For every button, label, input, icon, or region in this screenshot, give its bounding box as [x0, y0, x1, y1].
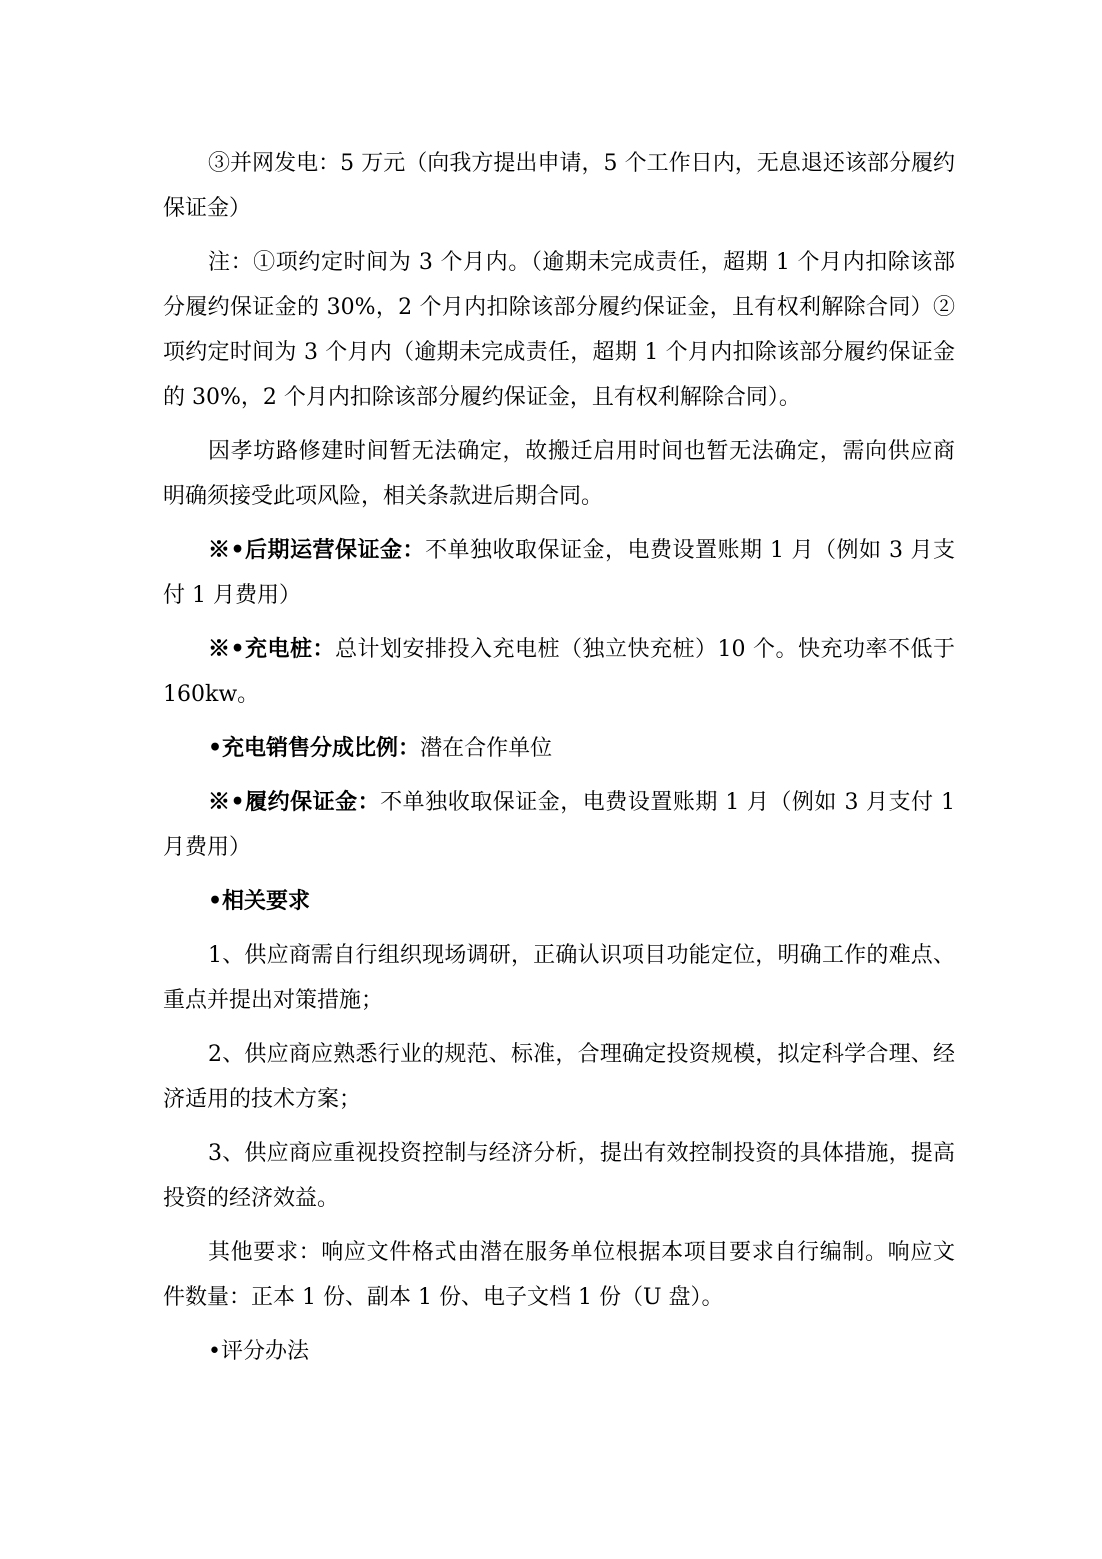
- para-charging-piles: ※•充电桩：总计划安排投入充电桩（独立快充桩）10 个。快充功率不低于 160k…: [163, 627, 955, 717]
- para-text: 其他要求：响应文件格式由潜在服务单位根据本项目要求自行编制。响应文件数量：正本 …: [163, 1240, 955, 1310]
- para-label: ※•充电桩：: [208, 636, 335, 662]
- para-text: ③并网发电：5 万元（向我方提出申请，5 个工作日内，无息退还该部分履约保证金）: [163, 151, 955, 221]
- para-text: •评分办法: [208, 1339, 309, 1364]
- para-label: ※•履约保证金：: [208, 789, 380, 815]
- para-performance-deposit: ※•履约保证金：不单独收取保证金，电费设置账期 1 月（例如 3 月支付 1 月…: [163, 780, 955, 870]
- para-text: 3、供应商应重视投资控制与经济分析，提出有效控制投资的具体措施，提高投资的经济效…: [163, 1141, 955, 1211]
- para-operation-deposit: ※•后期运营保证金：不单独收取保证金，电费设置账期 1 月（例如 3 月支付 1…: [163, 528, 955, 618]
- heading-scoring-method: •评分办法: [163, 1329, 955, 1374]
- heading-related-requirements: •相关要求: [163, 879, 955, 924]
- para-other-requirements: 其他要求：响应文件格式由潜在服务单位根据本项目要求自行编制。响应文件数量：正本 …: [163, 1230, 955, 1320]
- para-requirement-2: 2、供应商应熟悉行业的规范、标准，合理确定投资规模，拟定科学合理、经济适用的技术…: [163, 1032, 955, 1122]
- para-label: ※•后期运营保证金：: [208, 537, 425, 563]
- para-charging-revenue-share: •充电销售分成比例：潜在合作单位: [163, 726, 955, 771]
- para-label: •充电销售分成比例：: [208, 735, 420, 761]
- para-note: 注：①项约定时间为 3 个月内。（逾期未完成责任，超期 1 个月内扣除该部分履约…: [163, 240, 955, 420]
- para-text: 潜在合作单位: [420, 736, 552, 761]
- para-label: •相关要求: [208, 888, 310, 914]
- para-text: 因孝坊路修建时间暂无法确定，故搬迁启用时间也暂无法确定，需向供应商明确须接受此项…: [163, 439, 955, 509]
- para-requirement-1: 1、供应商需自行组织现场调研，正确认识项目功能定位，明确工作的难点、重点并提出对…: [163, 933, 955, 1023]
- para-text: 注：①项约定时间为 3 个月内。（逾期未完成责任，超期 1 个月内扣除该部分履约…: [163, 250, 955, 410]
- para-text: 1、供应商需自行组织现场调研，正确认识项目功能定位，明确工作的难点、重点并提出对…: [163, 943, 955, 1013]
- document-page: ③并网发电：5 万元（向我方提出申请，5 个工作日内，无息退还该部分履约保证金）…: [0, 0, 1102, 1559]
- para-requirement-3: 3、供应商应重视投资控制与经济分析，提出有效控制投资的具体措施，提高投资的经济效…: [163, 1131, 955, 1221]
- para-xiaofang-road-risk: 因孝坊路修建时间暂无法确定，故搬迁启用时间也暂无法确定，需向供应商明确须接受此项…: [163, 429, 955, 519]
- para-text: 2、供应商应熟悉行业的规范、标准，合理确定投资规模，拟定科学合理、经济适用的技术…: [163, 1042, 955, 1112]
- para-grid-connection: ③并网发电：5 万元（向我方提出申请，5 个工作日内，无息退还该部分履约保证金）: [163, 141, 955, 231]
